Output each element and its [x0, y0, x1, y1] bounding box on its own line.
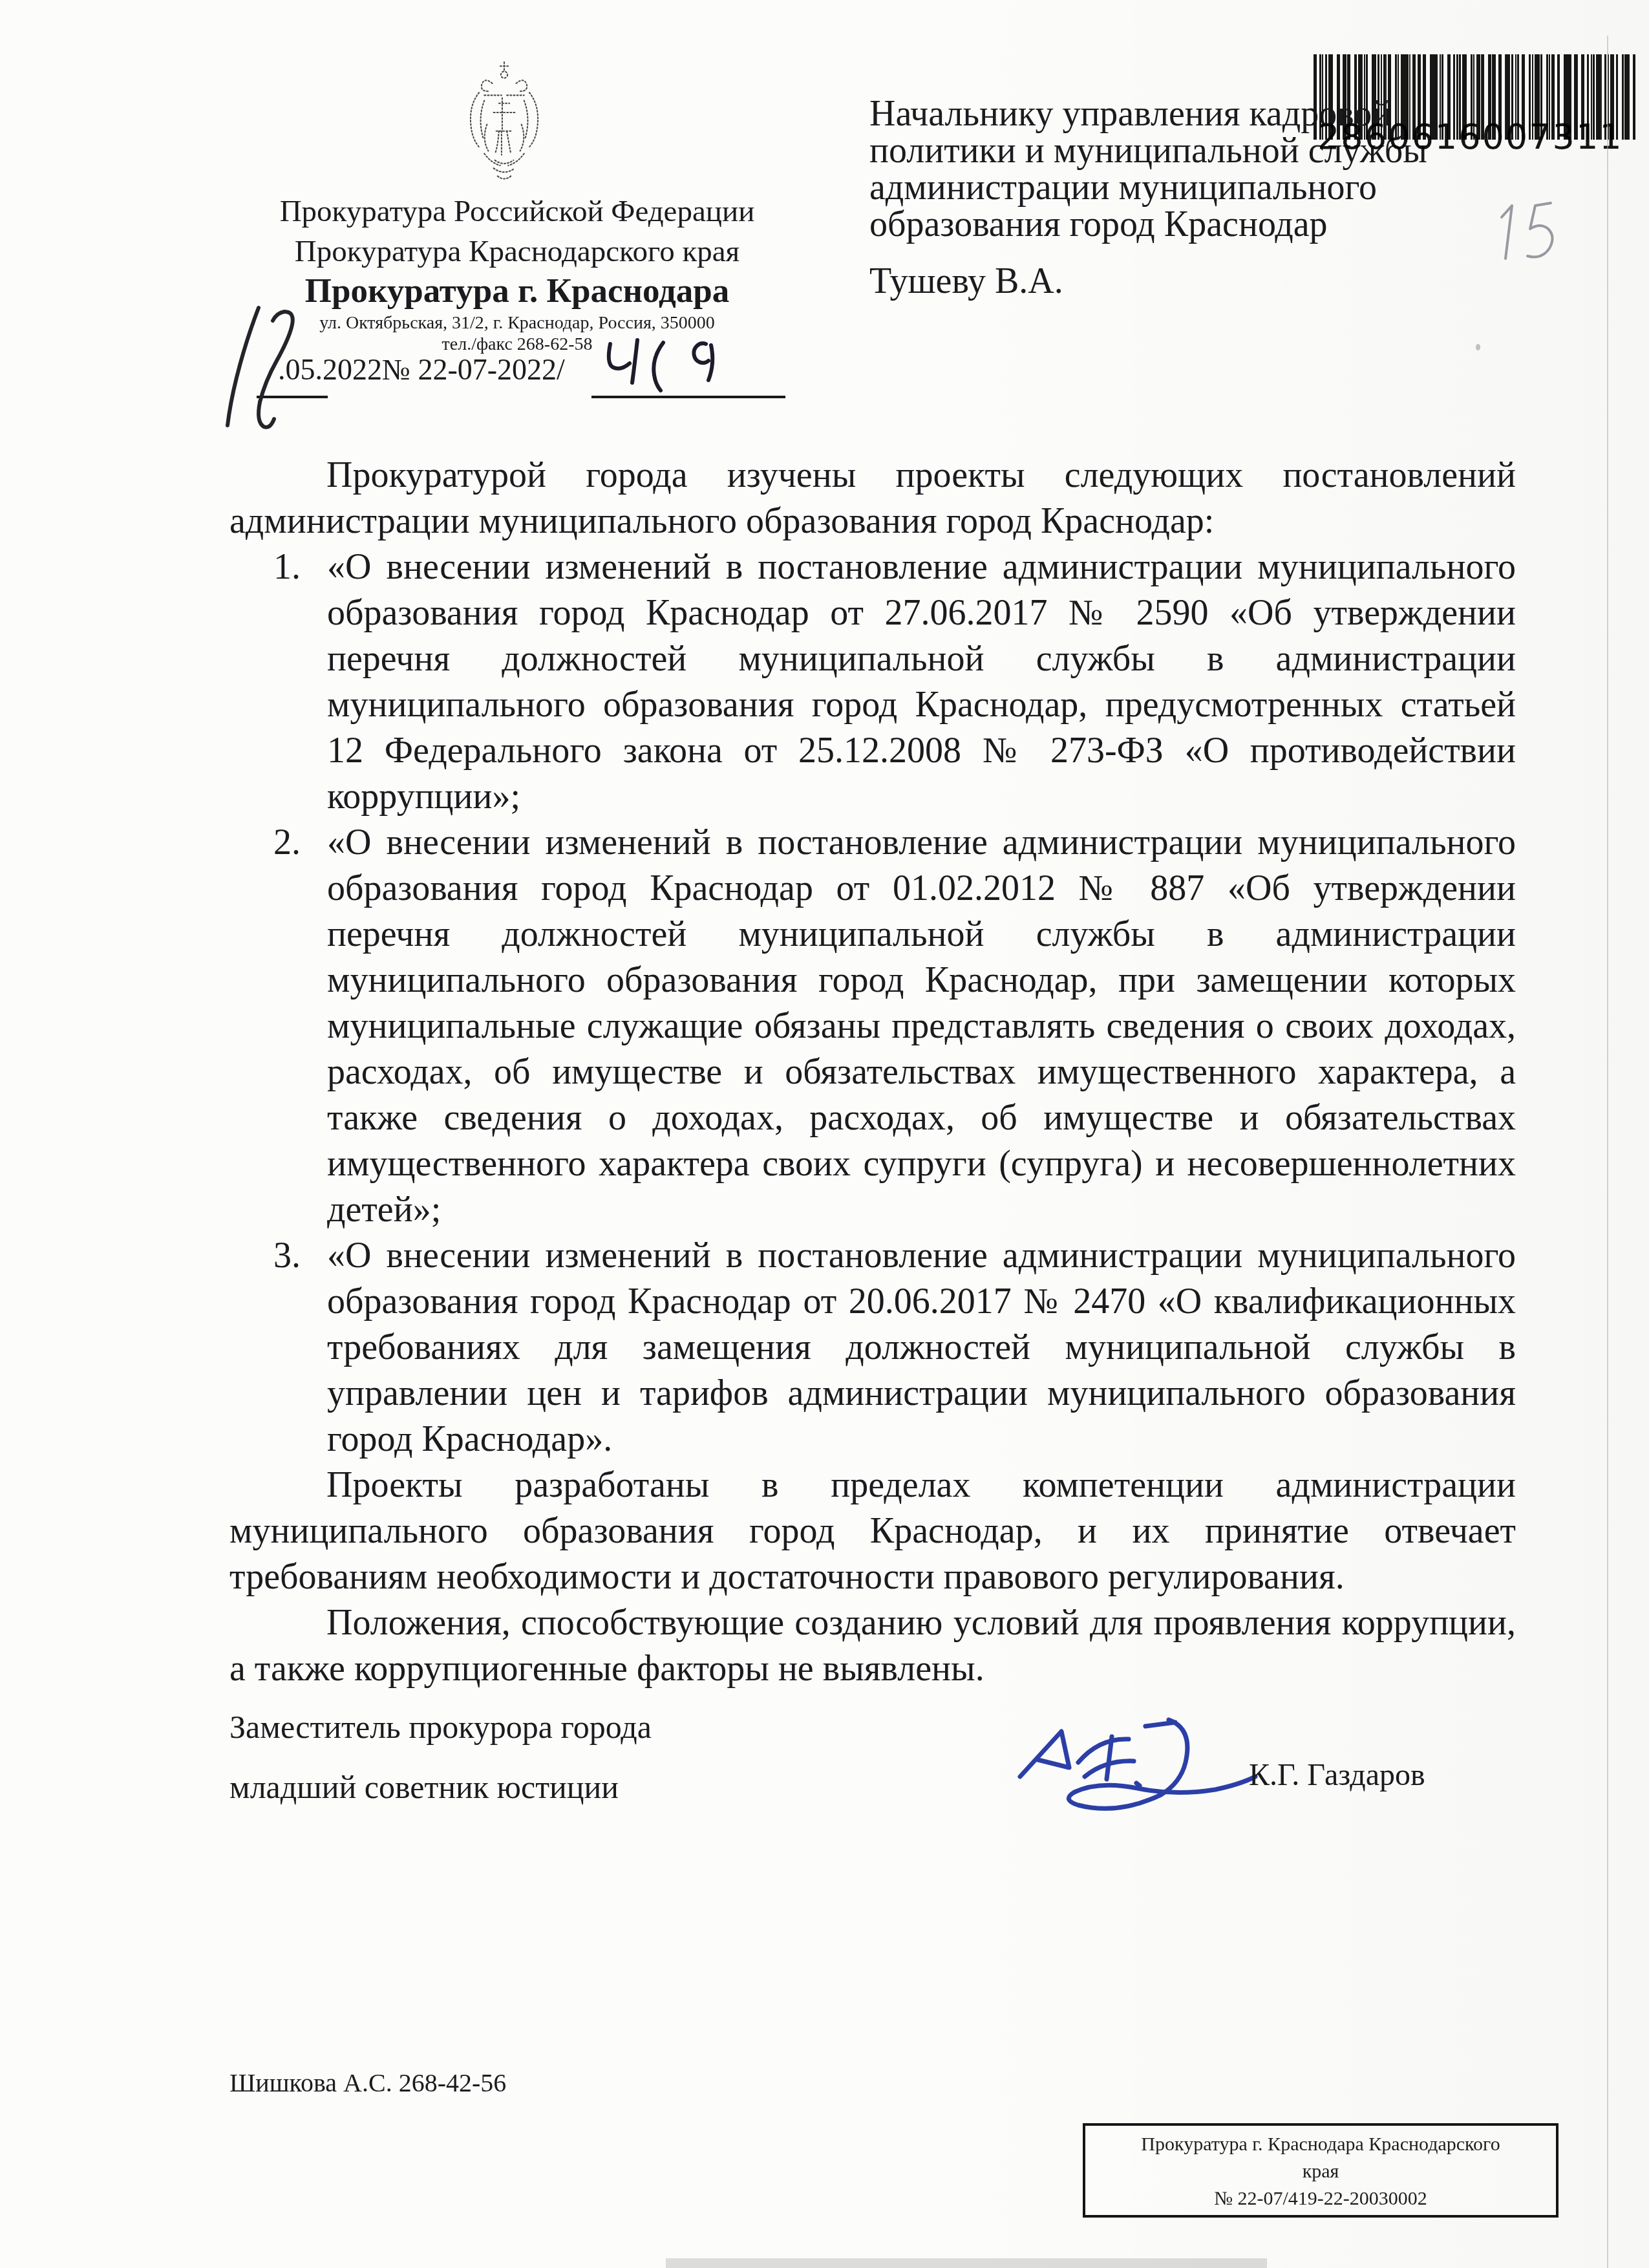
scanned-letter-page: Прокуратура Российской Федерации Прокура…	[0, 0, 1649, 2268]
handwritten-number-419	[601, 335, 737, 412]
recipient-line: образования город Краснодар	[869, 206, 1568, 243]
letter-body: Прокуратурой города изучены проекты след…	[229, 453, 1516, 1692]
handwritten-signature	[1002, 1700, 1261, 1836]
handwritten-pencil-15	[1484, 189, 1568, 273]
recipient-line: администрации муниципального	[869, 169, 1568, 206]
scan-artifact-bottom-strip	[666, 2258, 1267, 2268]
body-paragraph-conclusion: Положения, способствующие созданию услов…	[229, 1600, 1516, 1692]
body-paragraph-competence: Проекты разработаны в пределах компетенц…	[229, 1462, 1516, 1600]
stamp-reg-number: № 22-07/419-22-20030002	[1085, 2185, 1556, 2212]
barcode-number: 2860616007311	[1317, 116, 1623, 157]
signer-name: К.Г. Газдаров	[1249, 1757, 1425, 1793]
list-item-2: 2. «О внесении изменений в постановление…	[229, 820, 1516, 1233]
signer-title-line2: младший советник юстиции	[229, 1768, 619, 1806]
handwritten-day-12	[208, 299, 337, 438]
prosecutor-eagle-emblem-icon	[452, 59, 556, 192]
list-item-number: 1.	[273, 544, 301, 590]
list-item-1: 1. «О внесении изменений в постановление…	[229, 544, 1516, 820]
signer-title-line1: Заместитель прокурора города	[229, 1708, 652, 1746]
stamp-org-line: Прокуратура г. Краснодара Краснодарского	[1085, 2131, 1556, 2158]
body-paragraph-intro: Прокуратурой города изучены проекты след…	[229, 453, 1516, 544]
list-item-number: 3.	[273, 1233, 301, 1279]
executor-contact: Шишкова А.С. 268-42-56	[229, 2068, 506, 2098]
recipient-name: Тушеву В.А.	[869, 261, 1063, 302]
letterhead-org-line2: Прокуратура Краснодарского края	[194, 234, 840, 269]
stamp-org-line2: края	[1085, 2158, 1556, 2185]
scan-artifact-vertical-line	[1607, 36, 1608, 2268]
list-item-number: 2.	[273, 820, 301, 866]
letterhead-org-line1: Прокуратура Российской Федерации	[194, 194, 840, 229]
pencil-mark	[1476, 344, 1480, 350]
list-item-3: 3. «О внесении изменений в постановление…	[229, 1233, 1516, 1462]
list-item-text: «О внесении изменений в постановление ад…	[327, 1236, 1516, 1459]
list-item-text: «О внесении изменений в постановление ад…	[327, 822, 1516, 1230]
registration-stamp-box: Прокуратура г. Краснодара Краснодарского…	[1083, 2123, 1559, 2218]
list-item-text: «О внесении изменений в постановление ад…	[327, 547, 1516, 817]
